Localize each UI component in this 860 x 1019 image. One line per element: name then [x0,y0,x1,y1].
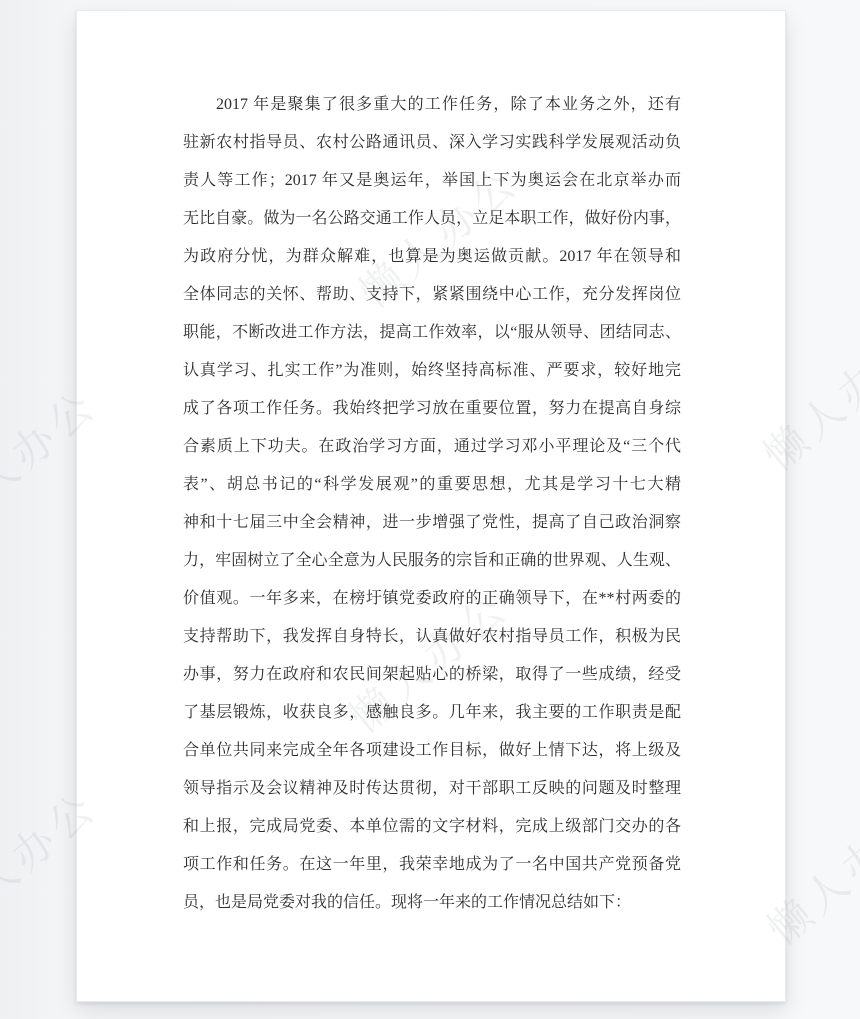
app-background: 懒人办公 懒人办公 懒人办公 懒人办公 懒人办公 懒人办公 2017 年是聚集了… [0,0,860,1019]
document-line: 神和十七届三中全会精神，进一步增强了党性，提高了自己政治洞察 [183,504,681,542]
document-line: 为政府分忧，为群众解难，也算是为奥运做贡献。2017 年在领导和 [183,238,681,276]
document-line: 合单位共同来完成全年各项建设工作目标，做好上情下达，将上级及 [183,732,681,770]
document-line: 项工作和任务。在这一年里，我荣幸地成为了一名中国共产党预备党 [183,846,681,884]
document-line: 领导指示及会议精神及时传达贯彻，对干部职工反映的问题及时整理 [183,770,681,808]
document-line: 支持帮助下，我发挥自身特长，认真做好农村指导员工作，积极为民 [183,618,681,656]
document-body: 2017 年是聚集了很多重大的工作任务，除了本业务之外，还有 驻新农村指导员、农… [183,86,681,922]
document-line: 无比自豪。做为一名公路交通工作人员，立足本职工作，做好份内事， [183,200,681,238]
document-line: 力，牢固树立了全心全意为人民服务的宗旨和正确的世界观、人生观、 [183,542,681,580]
document-line: 和上报，完成局党委、本单位需的文字材料，完成上级部门交办的各 [183,808,681,846]
document-line: 了基层锻炼，收获良多，感触良多。几年来，我主要的工作职责是配 [183,694,681,732]
document-line: 办事，努力在政府和农民间架起贴心的桥梁，取得了一些成绩，经受 [183,656,681,694]
document-line: 职能，不断改进工作方法，提高工作效率，以“服从领导、团结同志、 [183,314,681,352]
document-line: 责人等工作；2017 年又是奥运年，举国上下为奥运会在北京举办而 [183,162,681,200]
document-line: 2017 年是聚集了很多重大的工作任务，除了本业务之外，还有 [183,86,681,124]
document-line: 成了各项工作任务。我始终把学习放在重要位置，努力在提高自身综 [183,390,681,428]
document-line: 合素质上下功夫。在政治学习方面，通过学习邓小平理论及“三个代 [183,428,681,466]
document-line: 驻新农村指导员、农村公路通讯员、深入学习实践科学发展观活动负 [183,124,681,162]
document-line: 全体同志的关怀、帮助、支持下，紧紧围绕中心工作，充分发挥岗位 [183,276,681,314]
document-line: 表”、胡总书记的“科学发展观”的重要思想，尤其是学习十七大精 [183,466,681,504]
document-line: 价值观。一年多来，在榜圩镇党委政府的正确领导下，在**村两委的 [183,580,681,618]
document-line: 认真学习、扎实工作”为准则，始终坚持高标准、严要求，较好地完 [183,352,681,390]
document-line: 员，也是局党委对我的信任。现将一年来的工作情况总结如下： [183,884,681,922]
